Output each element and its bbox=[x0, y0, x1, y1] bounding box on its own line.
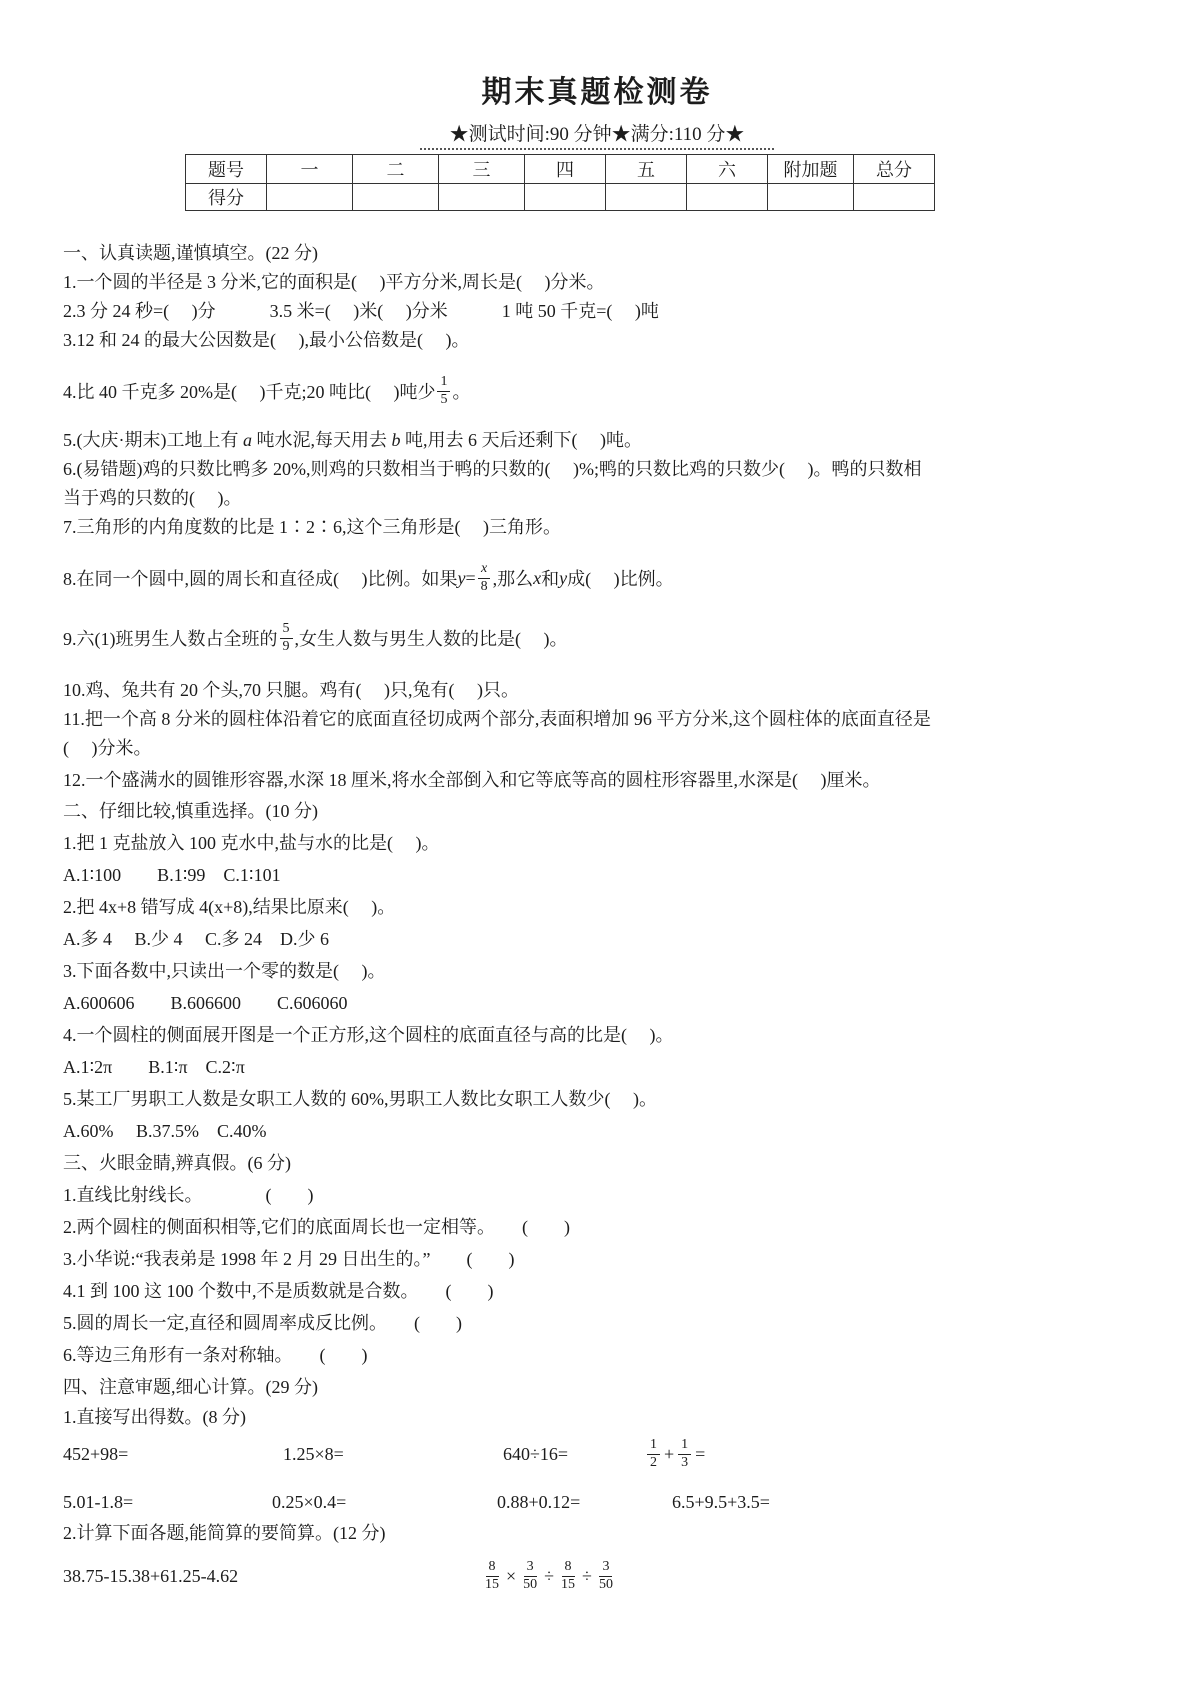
calc-item-decimal: 38.75-15.38+61.25-4.62 bbox=[63, 1566, 480, 1587]
s1-question-11-line2: ( )分米。 bbox=[63, 734, 1131, 763]
s2-question-1: 1.把 1 克盐放入 100 克水中,盐与水的比是( )。 bbox=[63, 827, 1131, 859]
s3-statement-3: 3.小华说:“我表弟是 1998 年 2 月 29 日出生的。” ( ) bbox=[63, 1243, 1131, 1275]
section-1-title: 一、认真读题,谨慎填空。(22 分) bbox=[63, 239, 1131, 268]
calc-item: 0.88+0.12= bbox=[497, 1488, 672, 1517]
score-header-cell: 二 bbox=[353, 155, 439, 184]
calc-item: 5.01-1.8= bbox=[63, 1488, 272, 1517]
score-empty-cell bbox=[267, 184, 353, 211]
s1-question-4: 4.比 40 千克多 20%是( )千克;20 吨比( )吨少 1 5 。 bbox=[63, 368, 1131, 414]
s3-statement-4: 4.1 到 100 这 100 个数中,不是质数就是合数。 ( ) bbox=[63, 1275, 1131, 1307]
score-table-score-row: 得分 bbox=[186, 184, 935, 211]
score-table-header-row: 题号 一 二 三 四 五 六 附加题 总分 bbox=[186, 155, 935, 184]
fraction-8-15: 8 15 bbox=[482, 1559, 502, 1592]
s3-statement-1: 1.直线比射线长。 ( ) bbox=[63, 1179, 1131, 1211]
s4-calc-row-1: 452+98= 1.25×8= 640÷16= 1 2 + 1 3 = bbox=[63, 1432, 1131, 1476]
s4-calc-row-2: 5.01-1.8= 0.25×0.4= 0.88+0.12= 6.5+9.5+3… bbox=[63, 1488, 1131, 1517]
score-header-cell: 三 bbox=[439, 155, 525, 184]
var-y: y bbox=[458, 568, 466, 589]
fraction-1-5: 1 5 bbox=[437, 374, 450, 407]
s2-question-3: 3.下面各数中,只读出一个零的数是( )。 bbox=[63, 955, 1131, 987]
calc-item: 0.25×0.4= bbox=[272, 1488, 497, 1517]
score-header-cell: 四 bbox=[525, 155, 606, 184]
calc-item-fraction-chain: 8 15 × 3 50 ÷ 8 15 ÷ 3 50 bbox=[480, 1559, 618, 1592]
test-time-score-line: ★测试时间:90 分钟★满分:110 分★ bbox=[420, 125, 775, 150]
fraction-x-8: x 8 bbox=[478, 561, 491, 594]
s2-question-3-options: A.600606 B.606600 C.606060 bbox=[63, 987, 1131, 1019]
calc-item: 6.5+9.5+3.5= bbox=[672, 1488, 770, 1517]
score-empty-cell bbox=[439, 184, 525, 211]
section-3-title: 三、火眼金睛,辨真假。(6 分) bbox=[63, 1147, 1131, 1179]
s1-question-1: 1.一个圆的半径是 3 分米,它的面积是( )平方分米,周长是( )分米。 bbox=[63, 268, 1131, 297]
fraction-1-2: 1 2 bbox=[647, 1437, 660, 1470]
s1-question-2: 2.3 分 24 秒=( )分 3.5 米=( )米( )分米 1 吨 50 千… bbox=[63, 297, 1131, 326]
calc-item: 1.25×8= bbox=[283, 1444, 503, 1465]
score-header-cell: 六 bbox=[687, 155, 768, 184]
score-empty-cell bbox=[353, 184, 439, 211]
s4-subtitle-1: 1.直接写出得数。(8 分) bbox=[63, 1403, 1131, 1432]
score-empty-cell bbox=[854, 184, 935, 211]
s1-question-6-line2: 当于鸡的只数的( )。 bbox=[63, 484, 1131, 513]
exam-paper-page: 期末真题检测卷 ★测试时间:90 分钟★满分:110 分★ 题号 一 二 三 四… bbox=[0, 0, 1191, 1684]
s1-question-7: 7.三角形的内角度数的比是 1∶2∶6,这个三角形是( )三角形。 bbox=[63, 513, 1131, 542]
s3-statement-6: 6.等边三角形有一条对称轴。 ( ) bbox=[63, 1339, 1131, 1371]
s3-statement-2: 2.两个圆柱的侧面积相等,它们的底面周长也一定相等。 ( ) bbox=[63, 1211, 1131, 1243]
s1-question-3: 3.12 和 24 的最大公因数是( ),最小公倍数是( )。 bbox=[63, 326, 1131, 355]
fraction-1-3: 1 3 bbox=[678, 1437, 691, 1470]
score-empty-cell bbox=[768, 184, 854, 211]
meta-line-wrap: ★测试时间:90 分钟★满分:110 分★ bbox=[63, 124, 1131, 146]
var-y: y bbox=[559, 568, 567, 589]
fraction-3-50: 3 50 bbox=[596, 1559, 616, 1592]
fraction-5-9: 5 9 bbox=[280, 621, 293, 654]
s2-question-4: 4.一个圆柱的侧面展开图是一个正方形,这个圆柱的底面直径与高的比是( )。 bbox=[63, 1019, 1131, 1051]
s1-question-6-line1: 6.(易错题)鸡的只数比鸭多 20%,则鸡的只数相当于鸭的只数的( )%;鸭的只… bbox=[63, 455, 1131, 484]
var-x: x bbox=[533, 568, 541, 589]
page-title: 期末真题检测卷 bbox=[63, 78, 1131, 108]
s2-question-4-options: A.1∶2π B.1∶π C.2∶π bbox=[63, 1051, 1131, 1083]
calc-item: 640÷16= bbox=[503, 1444, 645, 1465]
s2-question-2: 2.把 4x+8 错写成 4(x+8),结果比原来( )。 bbox=[63, 891, 1131, 923]
s1-question-5: 5.(大庆·期末)工地上有 a 吨水泥,每天用去 b 吨,用去 6 天后还剩下(… bbox=[63, 426, 1131, 455]
s2-question-5: 5.某工厂男职工人数是女职工人数的 60%,男职工人数比女职工人数少( )。 bbox=[63, 1083, 1131, 1115]
var-a: a bbox=[243, 430, 252, 450]
fraction-3-50: 3 50 bbox=[520, 1559, 540, 1592]
score-header-cell: 附加题 bbox=[768, 155, 854, 184]
calc-item: 452+98= bbox=[63, 1444, 283, 1465]
section-2-title: 二、仔细比较,慎重选择。(10 分) bbox=[63, 795, 1131, 827]
score-empty-cell bbox=[606, 184, 687, 211]
score-table: 题号 一 二 三 四 五 六 附加题 总分 得分 bbox=[185, 154, 935, 211]
s2-question-2-options: A.多 4 B.少 4 C.多 24 D.少 6 bbox=[63, 923, 1131, 955]
score-header-cell: 题号 bbox=[186, 155, 267, 184]
score-header-cell: 一 bbox=[267, 155, 353, 184]
section-4-title: 四、注意审题,细心计算。(29 分) bbox=[63, 1371, 1131, 1403]
score-label-cell: 得分 bbox=[186, 184, 267, 211]
fraction-8-15: 8 15 bbox=[558, 1559, 578, 1592]
s1-question-12: 12.一个盛满水的圆锥形容器,水深 18 厘米,将水全部倒入和它等底等高的圆柱形… bbox=[63, 766, 1131, 795]
score-header-cell: 五 bbox=[606, 155, 687, 184]
calc-item-fraction-sum: 1 2 + 1 3 = bbox=[645, 1437, 707, 1470]
s1-question-9: 9.六(1)班男生人数占全班的 5 9 ,女生人数与男生人数的比是( )。 bbox=[63, 616, 1131, 660]
s4-subtitle-2: 2.计算下面各题,能简算的要简算。(12 分) bbox=[63, 1517, 1131, 1549]
s1-question-8: 8.在同一个圆中,圆的周长和直径成( )比例。如果 y= x 8 ,那么 x 和… bbox=[63, 556, 1131, 600]
s1-question-10: 10.鸡、兔共有 20 个头,70 只腿。鸡有( )只,兔有( )只。 bbox=[63, 676, 1131, 705]
s4-simplify-row: 38.75-15.38+61.25-4.62 8 15 × 3 50 ÷ 8 1… bbox=[63, 1552, 1131, 1600]
score-empty-cell bbox=[687, 184, 768, 211]
s3-statement-5: 5.圆的周长一定,直径和圆周率成反比例。 ( ) bbox=[63, 1307, 1131, 1339]
score-header-cell: 总分 bbox=[854, 155, 935, 184]
s1-question-11-line1: 11.把一个高 8 分米的圆柱体沿着它的底面直径切成两个部分,表面积增加 96 … bbox=[63, 705, 1131, 734]
s2-question-1-options: A.1∶100 B.1∶99 C.1∶101 bbox=[63, 859, 1131, 891]
score-empty-cell bbox=[525, 184, 606, 211]
s2-question-5-options: A.60% B.37.5% C.40% bbox=[63, 1115, 1131, 1147]
